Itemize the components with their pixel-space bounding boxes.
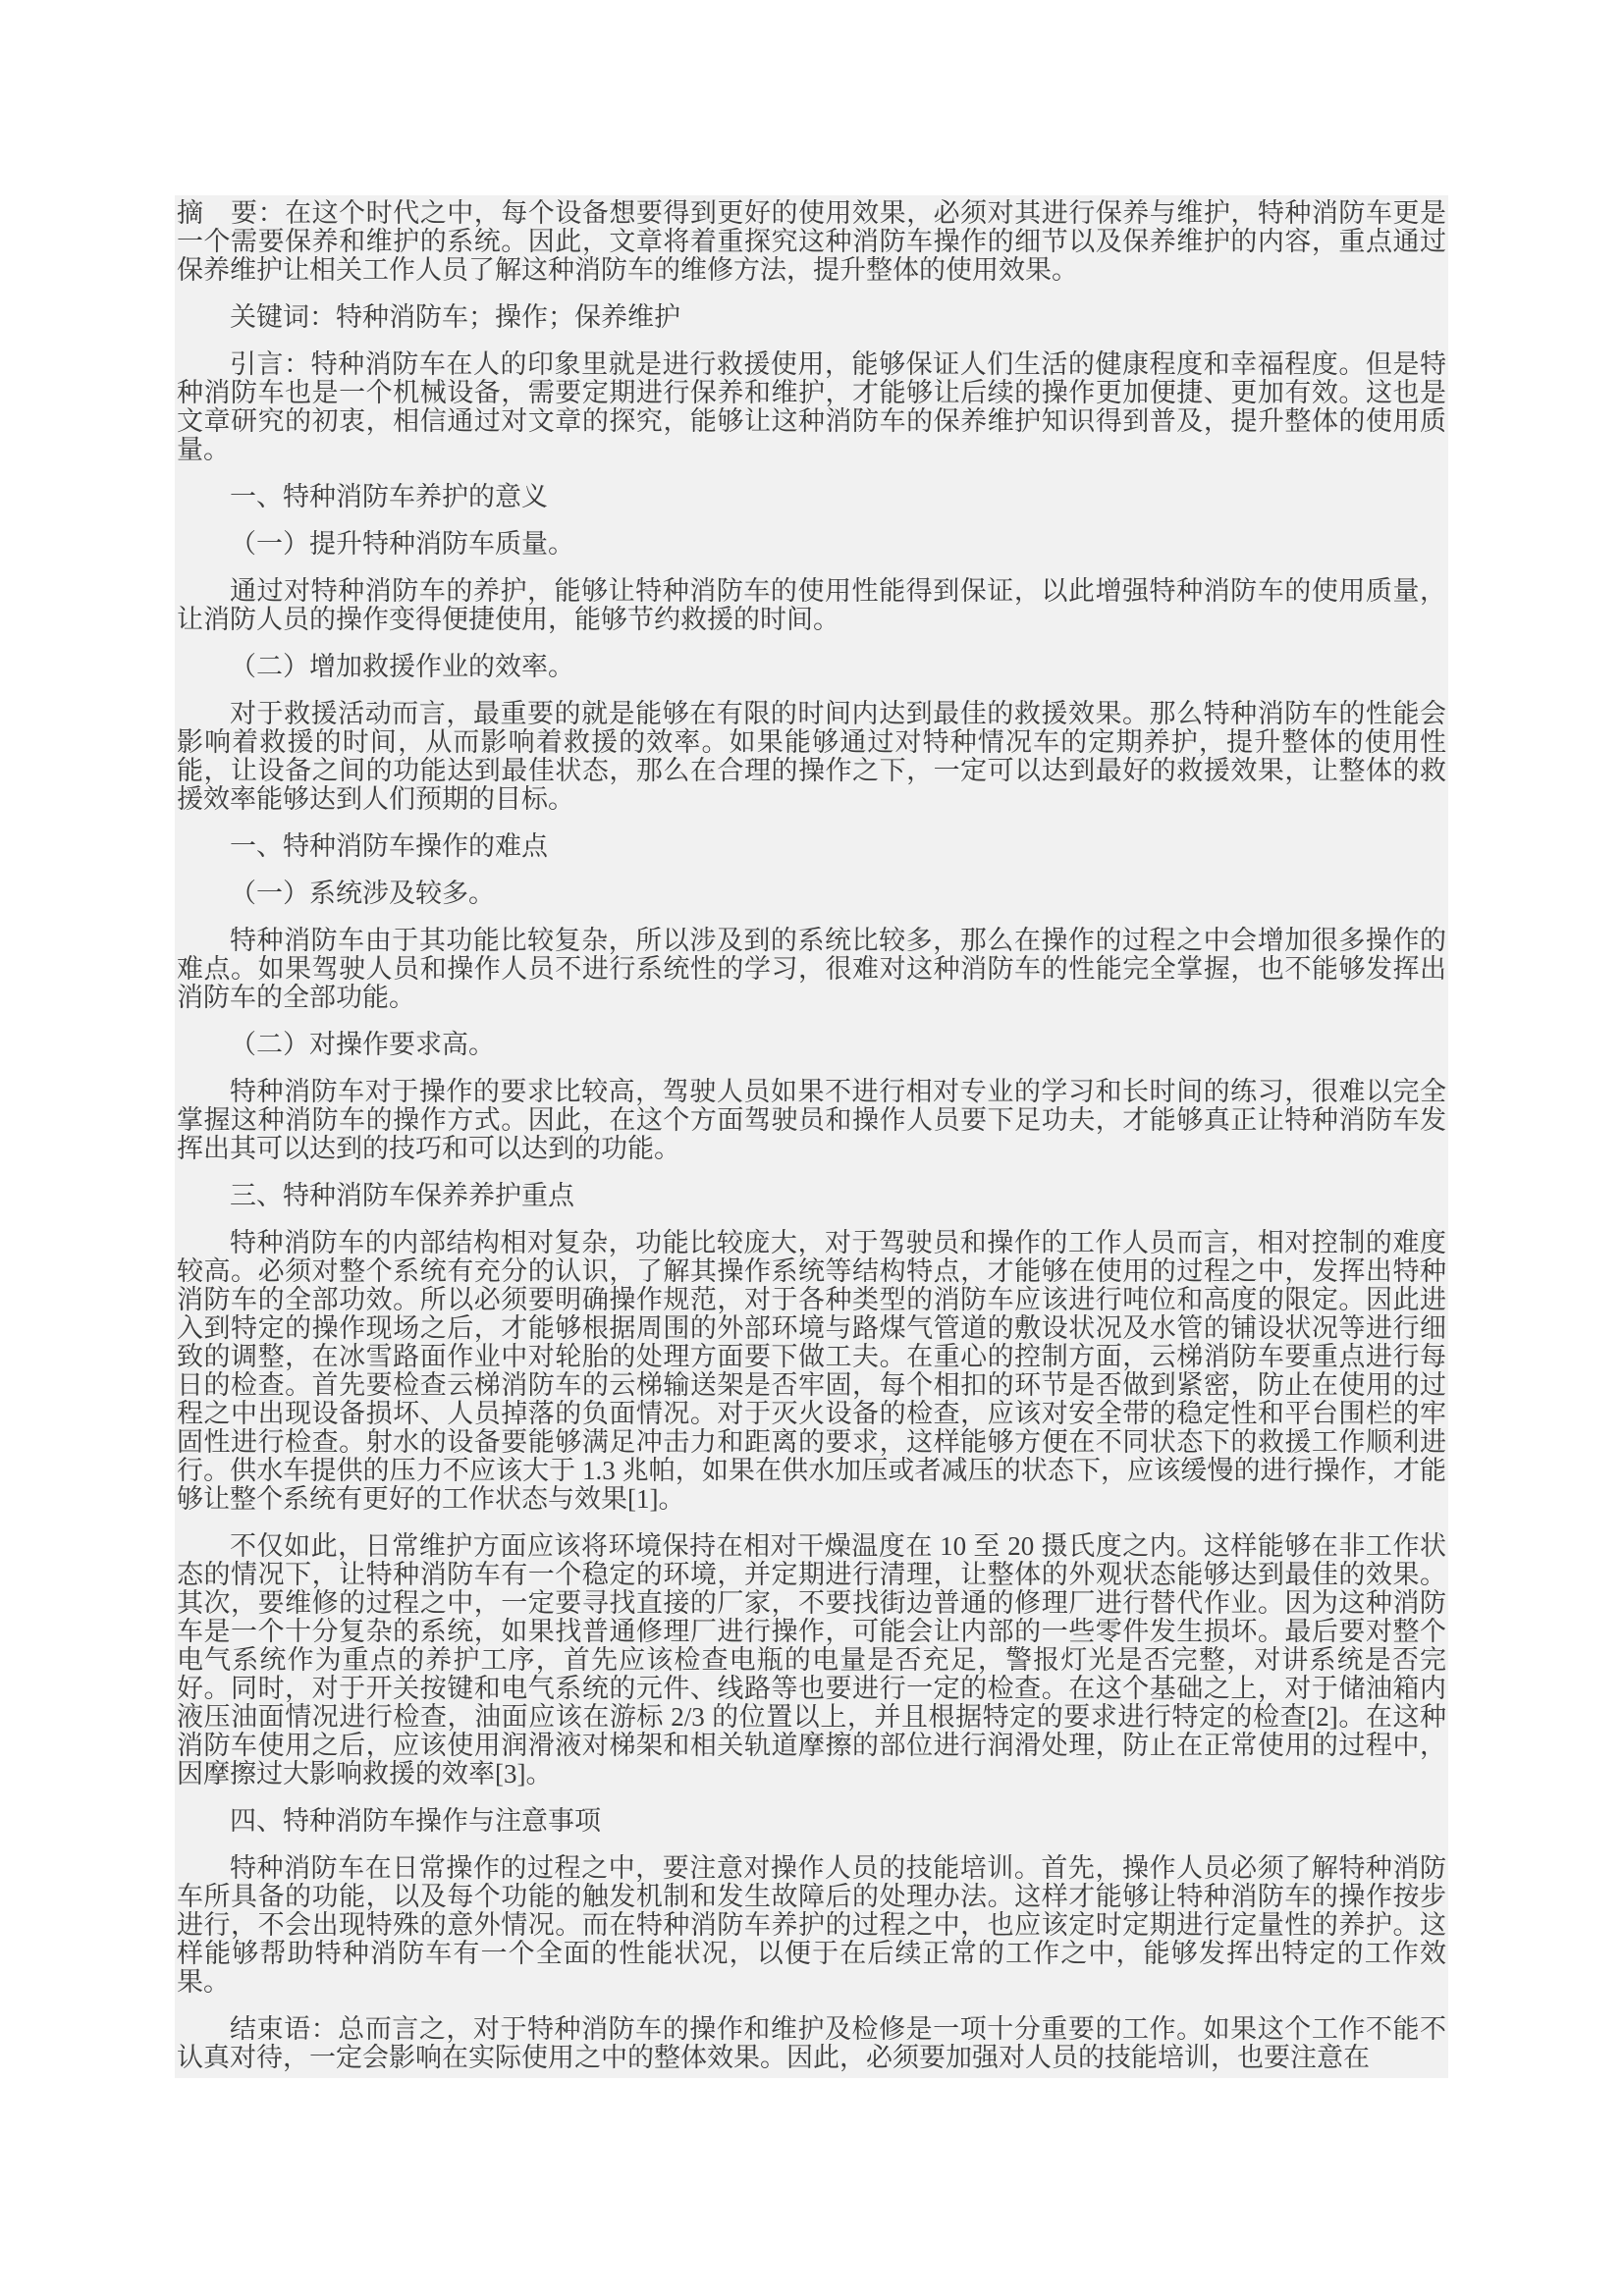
abstract-paragraph: 摘 要：在这个时代之中，每个设备想要得到更好的使用效果，必须对其进行保养与维护，… — [177, 199, 1446, 285]
section-heading-3: 三、特种消防车保养养护重点 — [177, 1182, 1446, 1210]
subsection-heading-2-1: （一）系统涉及较多。 — [177, 880, 1446, 908]
body-paragraph: 不仅如此，日常维护方面应该将环境保持在相对干燥温度在 10 至 20 摄氏度之内… — [177, 1532, 1446, 1789]
body-paragraph: 通过对特种消防车的养护，能够让特种消防车的使用性能得到保证，以此增强特种消防车的… — [177, 577, 1446, 634]
body-paragraph: 对于救援活动而言，最重要的就是能够在有限的时间内达到最佳的救援效果。那么特种消防… — [177, 700, 1446, 814]
body-paragraph: 特种消防车的内部结构相对复杂，功能比较庞大，对于驾驶员和操作的工作人员而言，相对… — [177, 1229, 1446, 1514]
body-paragraph: 特种消防车对于操作的要求比较高，驾驶人员如果不进行相对专业的学习和长时间的练习，… — [177, 1078, 1446, 1163]
body-paragraph: 特种消防车由于其功能比较复杂，所以涉及到的系统比较多，那么在操作的过程之中会增加… — [177, 927, 1446, 1012]
keywords-paragraph: 关键词：特种消防车；操作；保养维护 — [177, 303, 1446, 332]
conclusion-paragraph: 结束语：总而言之，对于特种消防车的操作和维护及检修是一项十分重要的工作。如果这个… — [177, 2015, 1446, 2072]
section-heading-4: 四、特种消防车操作与注意事项 — [177, 1807, 1446, 1836]
section-heading-1: 一、特种消防车养护的意义 — [177, 483, 1446, 511]
subsection-heading-1-2: （二）增加救援作业的效率。 — [177, 653, 1446, 681]
subsection-heading-1-1: （一）提升特种消防车质量。 — [177, 530, 1446, 559]
section-heading-2: 一、特种消防车操作的难点 — [177, 832, 1446, 861]
introduction-paragraph: 引言：特种消防车在人的印象里就是进行救援使用，能够保证人们生活的健康程度和幸福程… — [177, 350, 1446, 464]
document-body: 摘 要：在这个时代之中，每个设备想要得到更好的使用效果，必须对其进行保养与维护，… — [175, 195, 1448, 2078]
body-paragraph: 特种消防车在日常操作的过程之中，要注意对操作人员的技能培训。首先，操作人员必须了… — [177, 1854, 1446, 1997]
subsection-heading-2-2: （二）对操作要求高。 — [177, 1031, 1446, 1059]
